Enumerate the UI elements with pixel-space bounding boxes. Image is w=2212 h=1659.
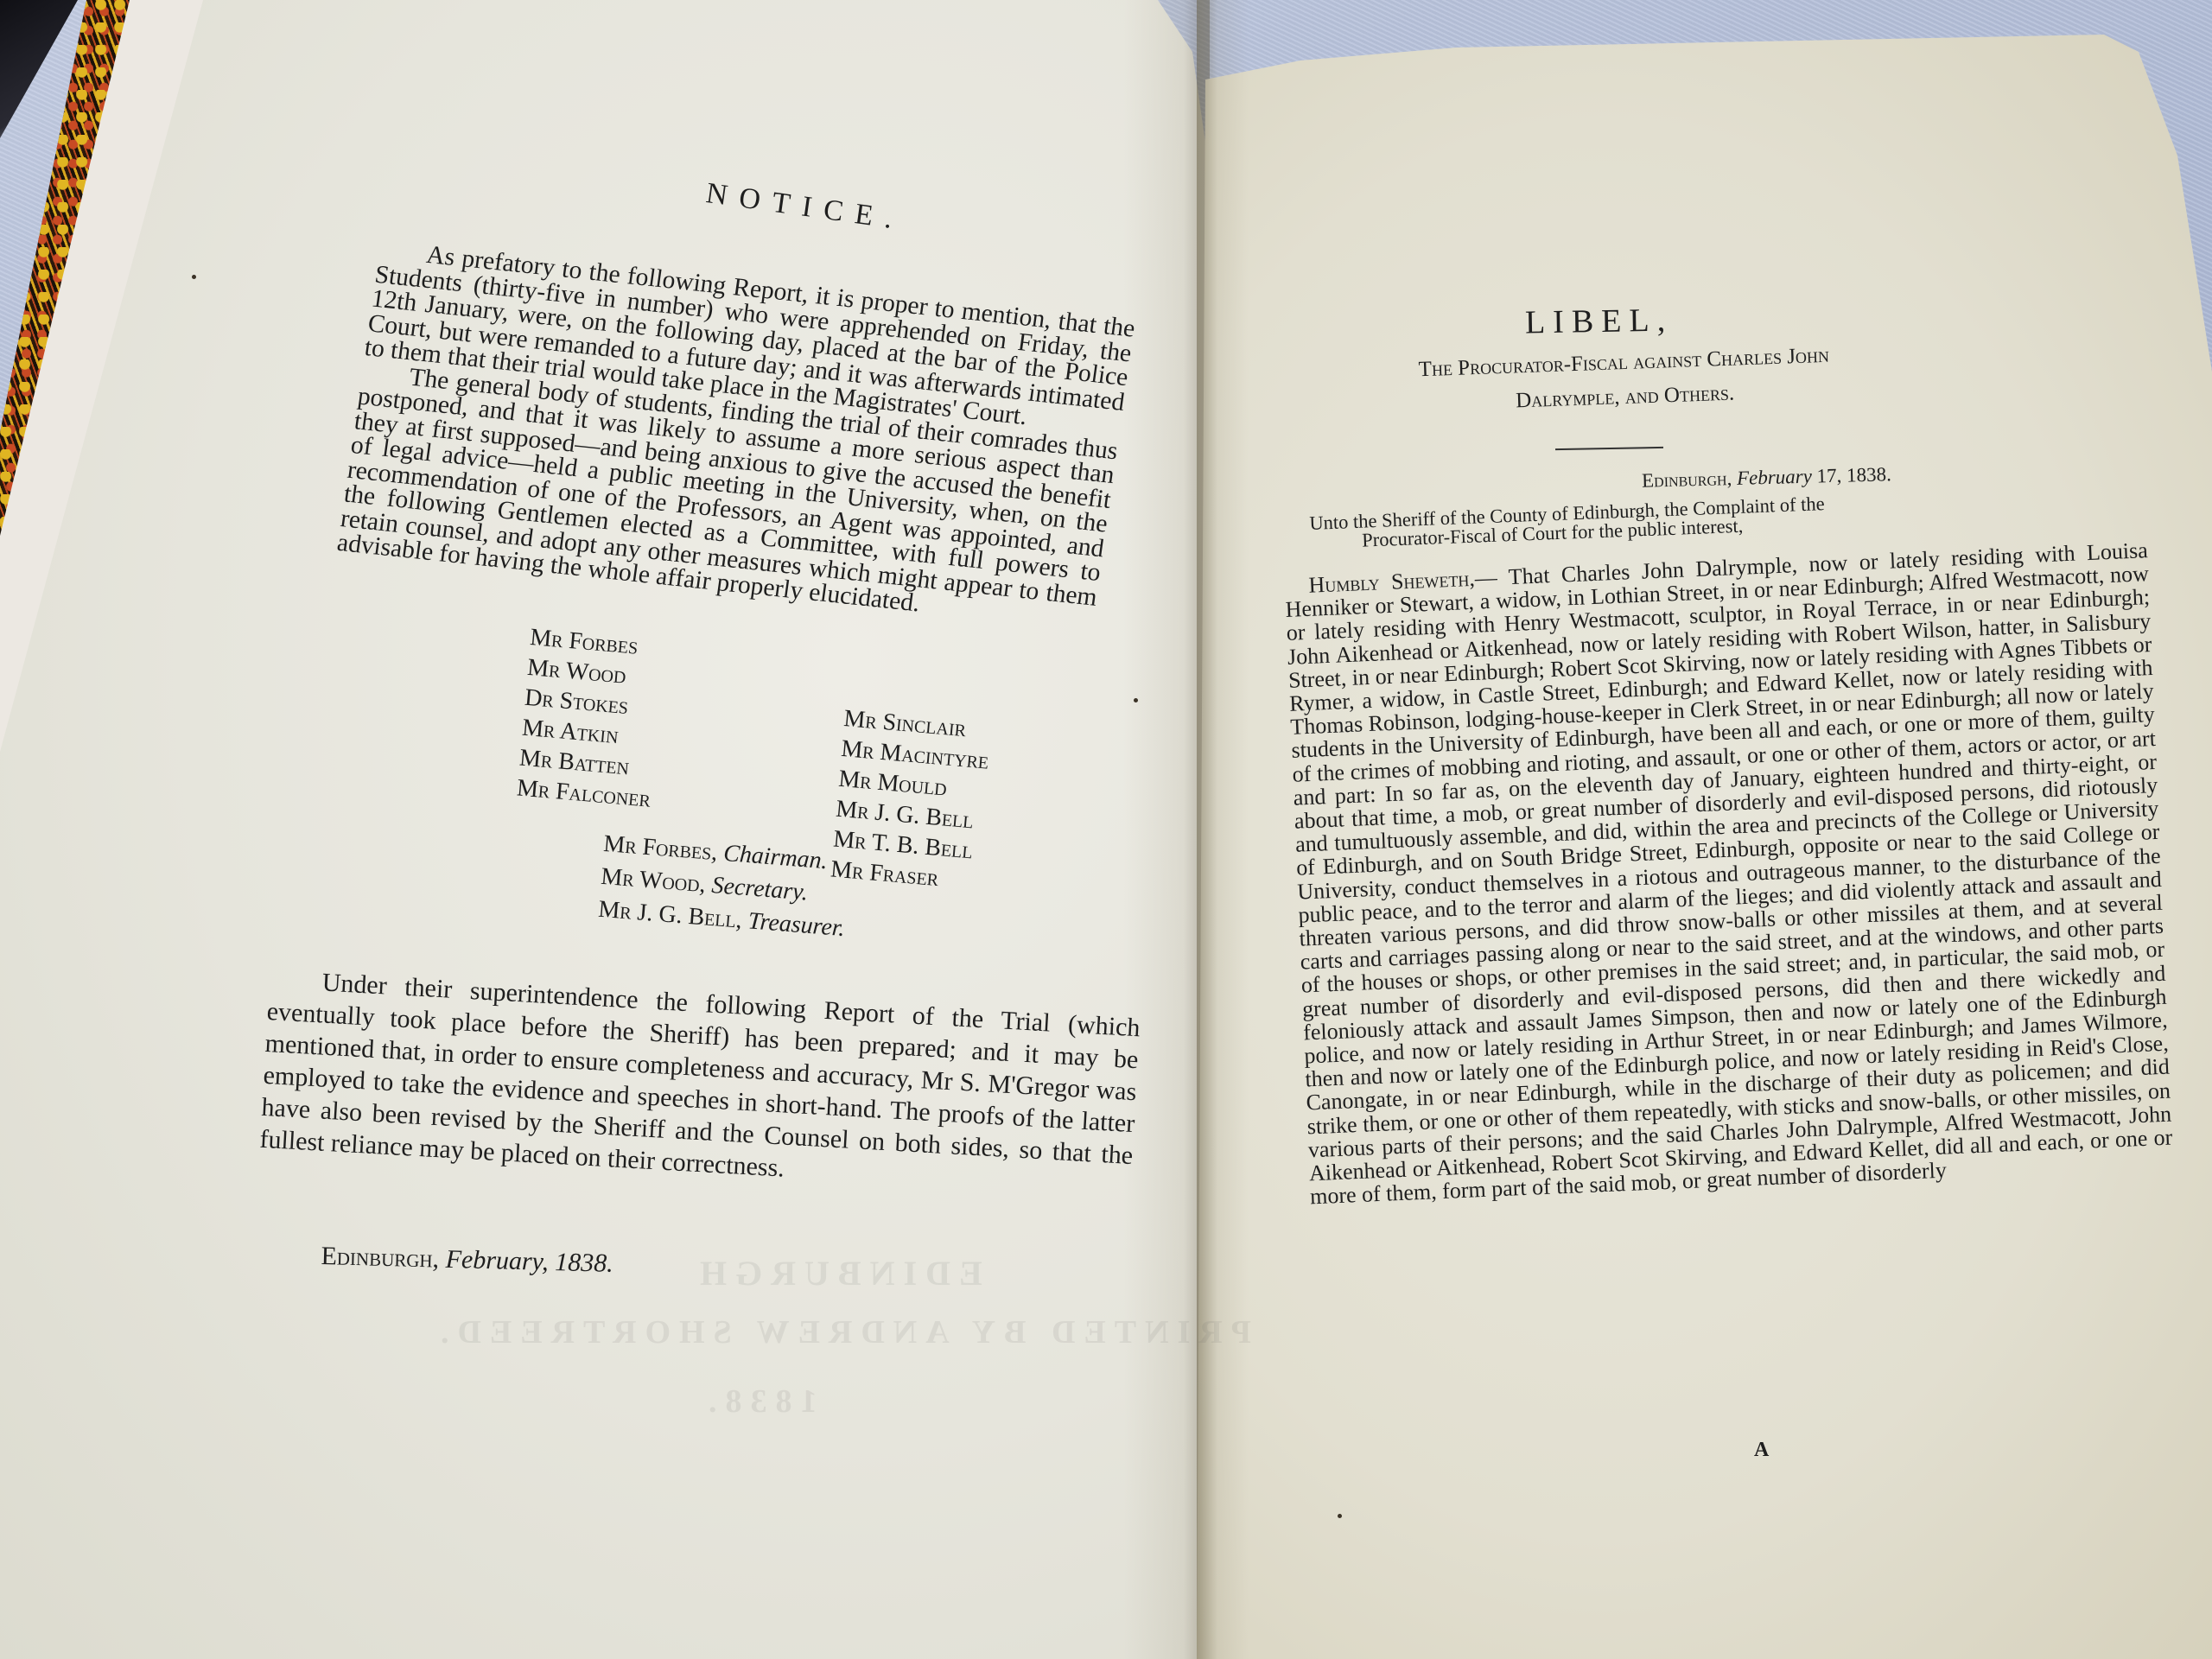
committee-officers: Mr Forbes, Chairman. Mr Wood, Secretary.… bbox=[597, 828, 851, 945]
libel-body-paragraph: Humbly Sheweth,— That Charles John Dalry… bbox=[1284, 538, 2174, 1209]
signoff-place: Edinburgh, bbox=[321, 1242, 439, 1274]
officer-role: Secretary. bbox=[710, 872, 809, 906]
paper-speck bbox=[1338, 1514, 1342, 1518]
signoff-date: February, 1838. bbox=[445, 1245, 613, 1278]
libel-date-place: Edinburgh, bbox=[1642, 467, 1732, 492]
bleed-through-2: PRINTED BY ANDREW SHORTREED. bbox=[432, 1313, 1251, 1351]
bleed-through-3: 1838. bbox=[700, 1382, 817, 1421]
officer-name: Mr Forbes, bbox=[602, 830, 718, 866]
officer-role: Treasurer. bbox=[747, 907, 846, 942]
paper-speck bbox=[192, 275, 196, 279]
officer-role: Chairman. bbox=[722, 840, 829, 874]
officer-name: Mr Wood, bbox=[600, 863, 707, 898]
bleed-through-1: EDINBURGH bbox=[691, 1253, 982, 1294]
libel-date-rest: 17, 1838. bbox=[1816, 463, 1891, 486]
libel-body: Humbly Sheweth,— That Charles John Dalry… bbox=[1284, 538, 2174, 1209]
libel-title: LIBEL, bbox=[1525, 302, 1674, 342]
paper-speck bbox=[1134, 698, 1138, 702]
signature-mark: A bbox=[1754, 1439, 1769, 1462]
committee-column-left: Mr Forbes Mr Wood Dr Stokes Mr Atkin Mr … bbox=[516, 622, 665, 815]
gutter-shadow-right bbox=[1197, 0, 1249, 1659]
libel-date-month: February bbox=[1737, 466, 1812, 489]
libel-body-text: — That Charles John Dalrymple, now or la… bbox=[1285, 537, 2173, 1210]
committee-column-right: Mr Sinclair Mr Macintyre Mr Mould Mr J. … bbox=[829, 703, 993, 897]
